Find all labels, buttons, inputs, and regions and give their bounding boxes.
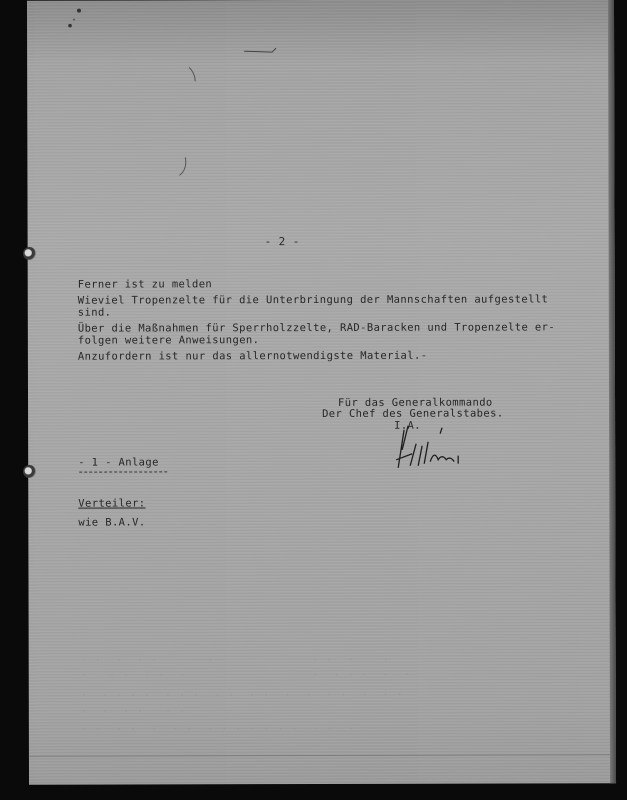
body-line: Über die Maßnahmen für Sperrholzzelte, R… bbox=[78, 321, 555, 334]
attachment-note: - 1 - Anlage bbox=[78, 456, 159, 468]
page-fold bbox=[29, 754, 616, 757]
bleed-through-text: · · · · · · · · · · · · · · · · · bbox=[81, 724, 355, 736]
body-line: Anzufordern ist nur das allernotwendigst… bbox=[78, 350, 428, 363]
page-number: - 2 - bbox=[265, 236, 300, 248]
body-line: folgen weitere Anweisungen. bbox=[78, 334, 260, 346]
scratch-mark bbox=[242, 45, 282, 57]
handwritten-signature bbox=[392, 420, 482, 475]
bleed-through-text: · · · · · · bbox=[81, 706, 186, 717]
attachment-rule bbox=[79, 471, 167, 472]
body-line: Ferner ist zu melden bbox=[78, 278, 212, 290]
signature-line-2: Der Chef des Generalstabes. bbox=[322, 408, 504, 420]
page-edge bbox=[608, 0, 616, 783]
body-line: Wieviel Tropenzelte für die Unterbringun… bbox=[78, 293, 549, 306]
ink-spots bbox=[57, 5, 87, 35]
scratch-mark bbox=[177, 155, 189, 177]
punch-hole bbox=[23, 247, 36, 260]
scratch-mark bbox=[187, 65, 199, 85]
body-line: sind. bbox=[78, 307, 112, 319]
punch-hole bbox=[23, 465, 36, 478]
bleed-through-text: · · · · · · · · · · · · bbox=[81, 670, 411, 682]
bleed-through-text: · · · · · · · · · · · · · · · · · · · bbox=[81, 690, 404, 702]
document-page: - 2 - Ferner ist zu melden Wieviel Trope… bbox=[27, 0, 616, 785]
distribution-heading: Verteiler: bbox=[78, 497, 145, 509]
bleed-through-text: · · · · · · · · · · bbox=[81, 655, 390, 667]
distribution-value: wie B.A.V. bbox=[78, 516, 145, 528]
